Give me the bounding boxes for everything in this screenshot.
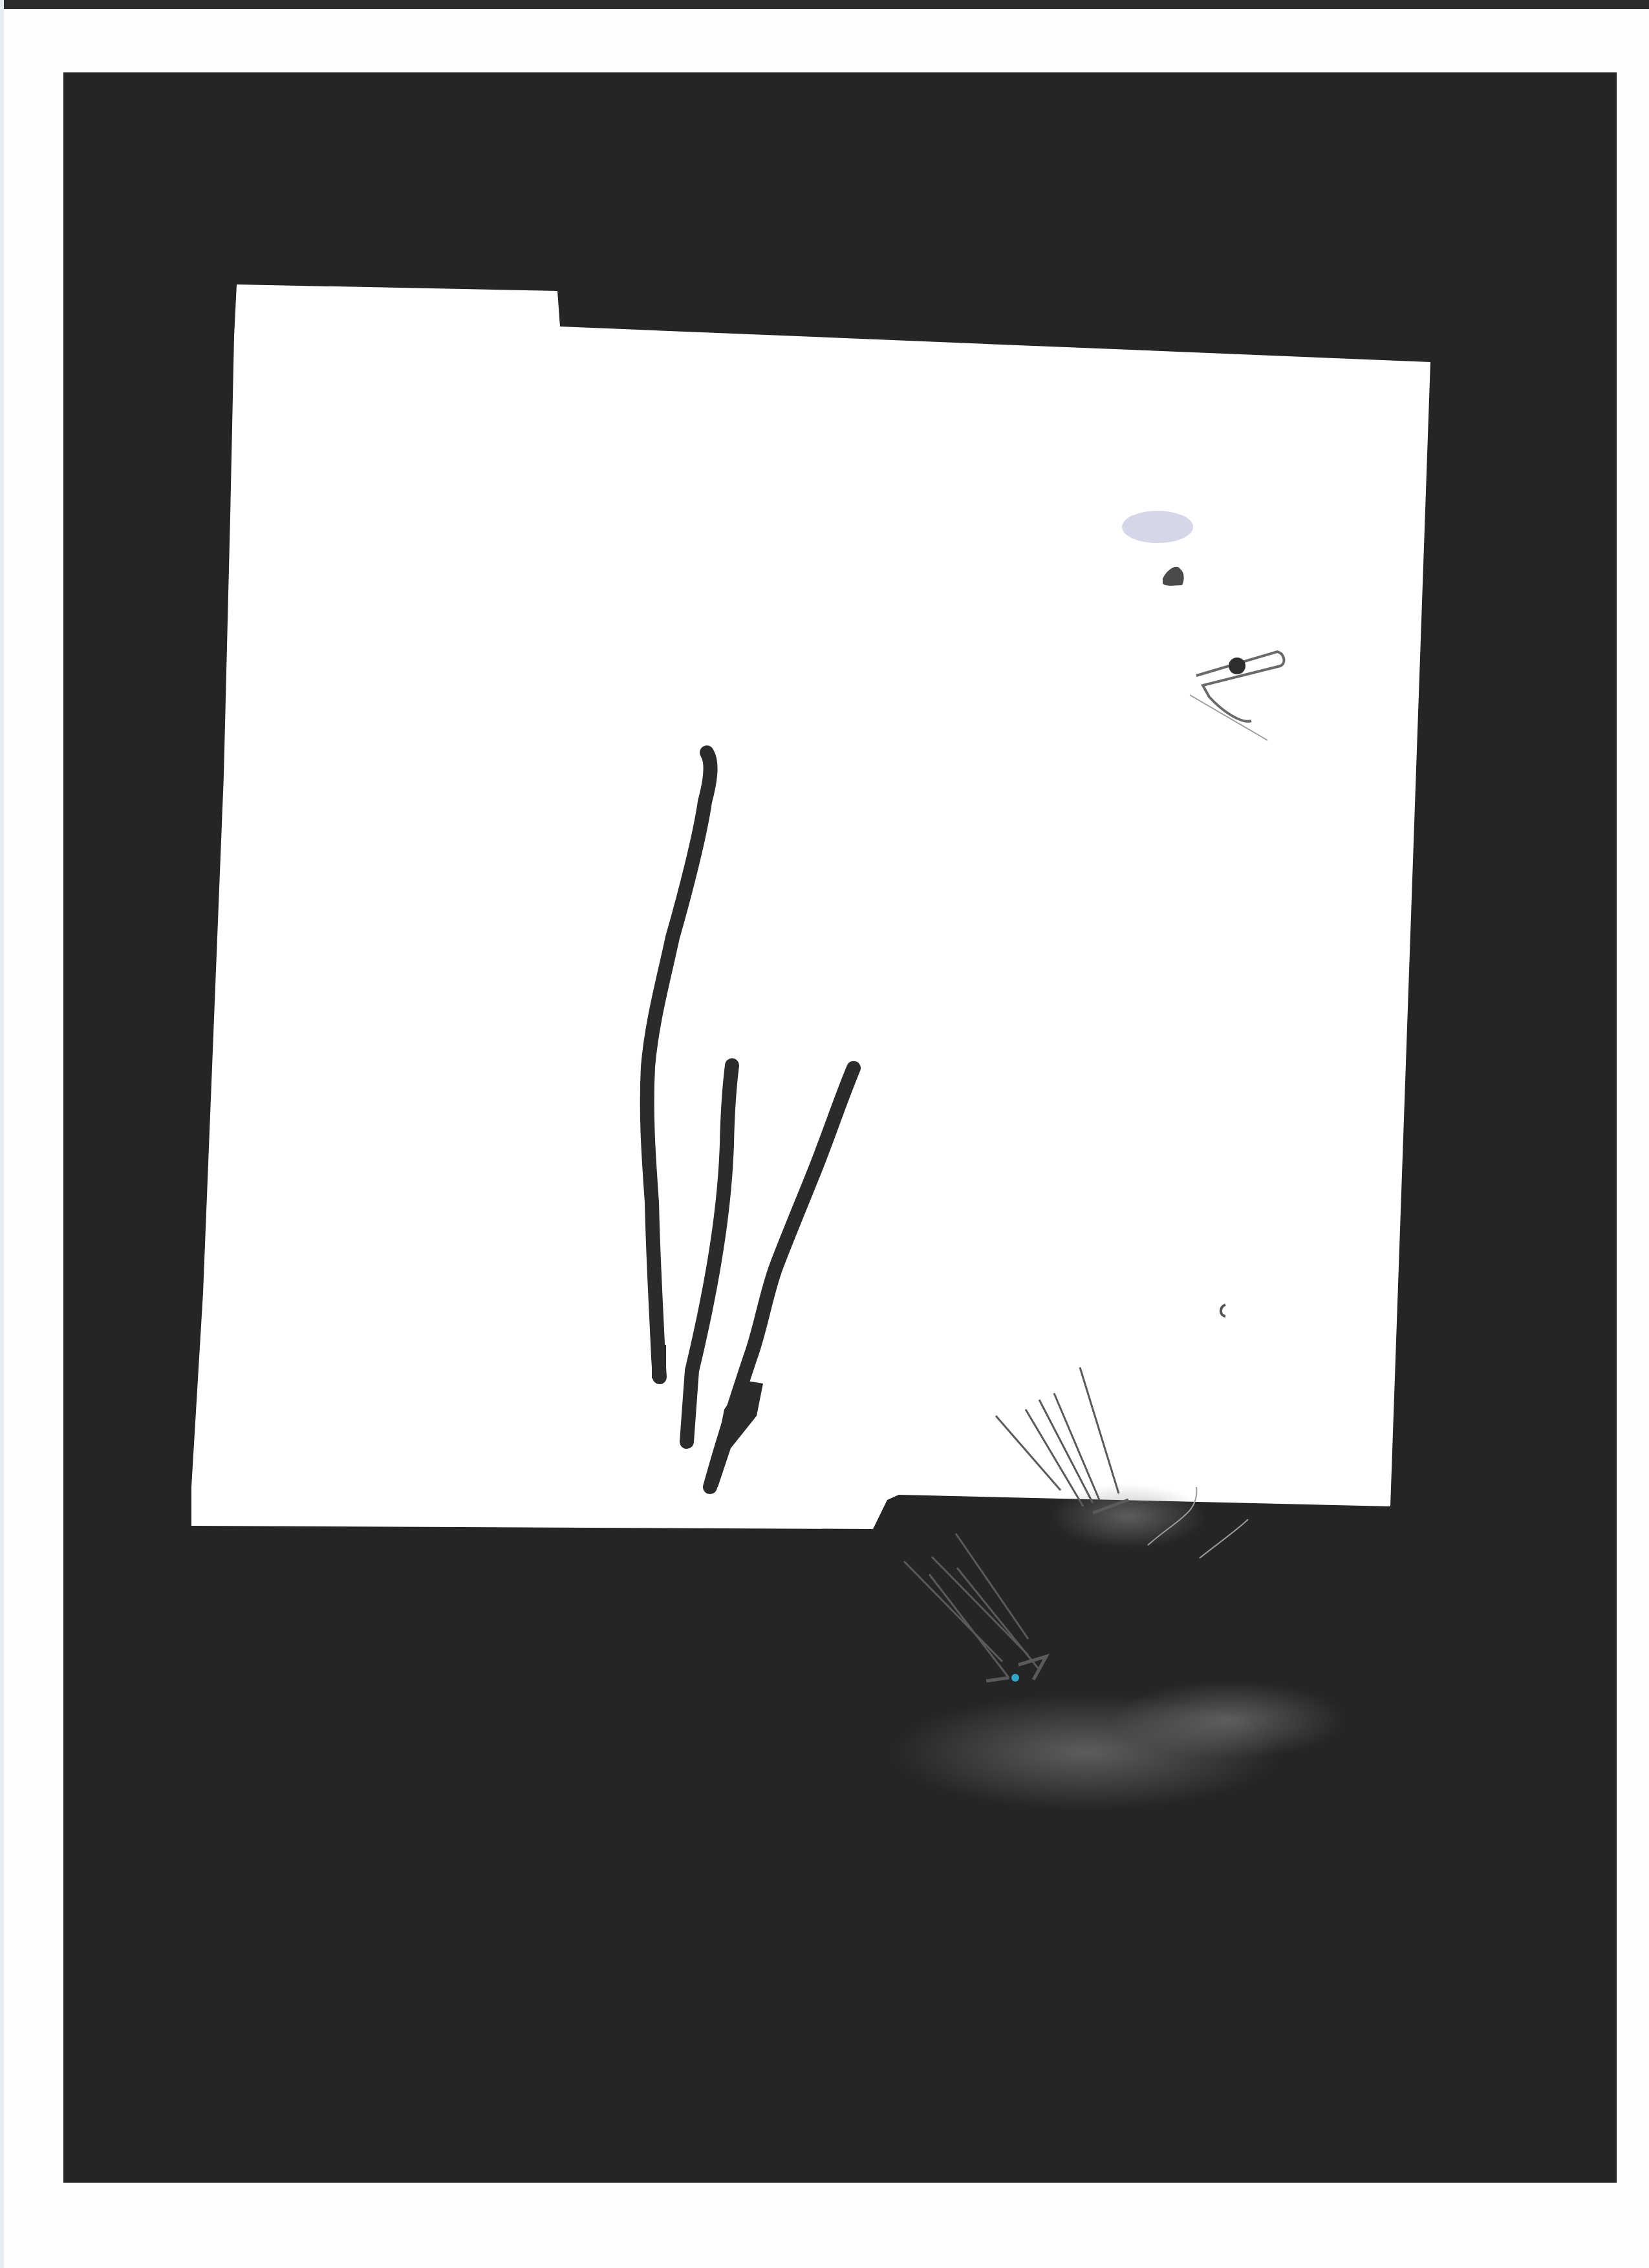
ink-blot-scribble [1229,658,1245,674]
paper-left-sheet [191,284,1430,1529]
paper-sheet [191,284,1430,1529]
ink-stroke-long-base [652,1345,666,1378]
pencil-fan-lower [892,1534,1345,1810]
artwork [0,0,1649,2268]
shading-upper [1051,1484,1206,1548]
blue-smudge [1122,511,1193,543]
teal-dot [1011,1674,1019,1682]
scan-background [0,0,1649,2268]
